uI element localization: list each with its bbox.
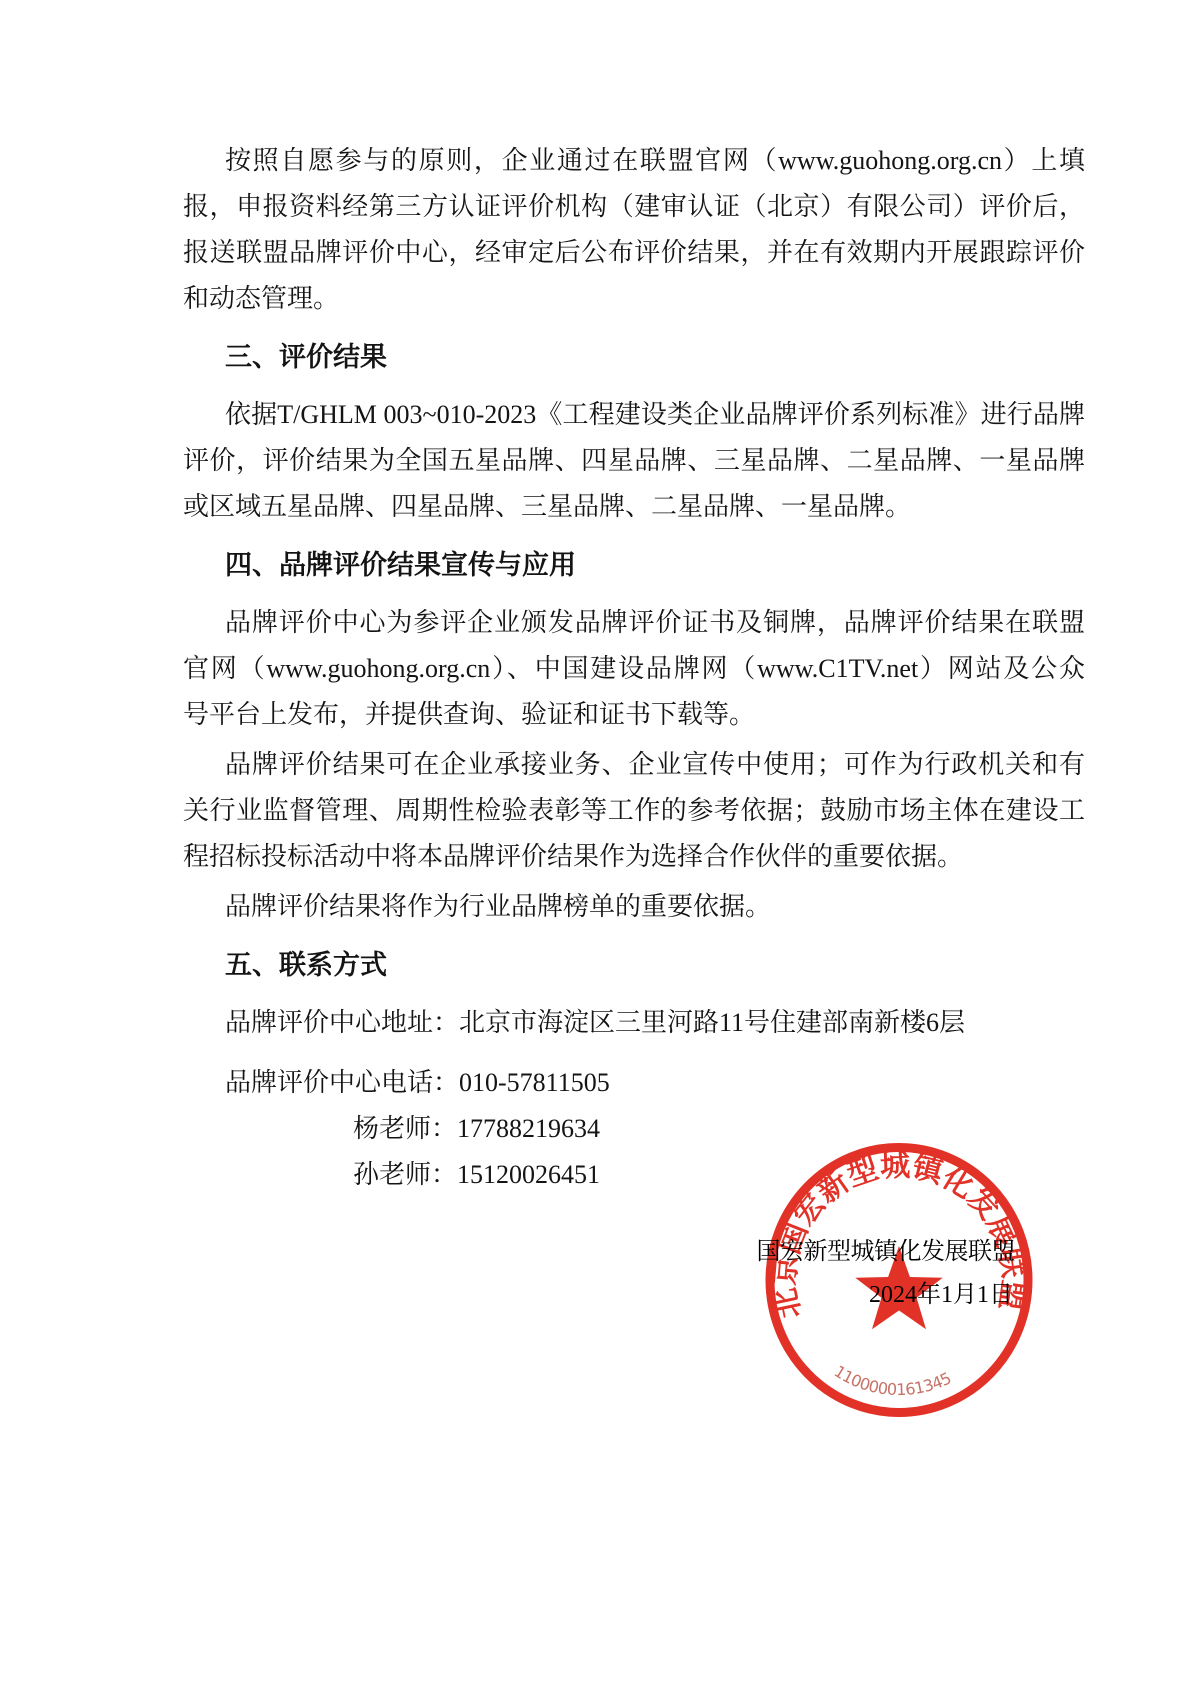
text-line: 关行业监督管理、周期性检验表彰等工作的参考依据；鼓励市场主体在建设工 xyxy=(183,788,1085,834)
text-line: 品牌评价结果将作为行业品牌榜单的重要依据。 xyxy=(183,884,1085,930)
section-heading-promotion-application: 四、品牌评价结果宣传与应用 xyxy=(183,542,1085,588)
usage-paragraph: 品牌评价结果可在企业承接业务、企业宣传中使用；可作为行政机关和有 关行业监督管理… xyxy=(183,742,1085,880)
signature-date: 2024年1月1日 xyxy=(869,1280,1013,1310)
text-line: 或区域五星品牌、四星品牌、三星品牌、二星品牌、一星品牌。 xyxy=(183,484,1085,530)
contact-address-line: 品牌评价中心地址：北京市海淀区三里河路11号住建部南新楼6层 xyxy=(183,1000,1085,1046)
section-heading-contact: 五、联系方式 xyxy=(183,942,1085,988)
text-line: 品牌评价结果可在企业承接业务、企业宣传中使用；可作为行政机关和有 xyxy=(183,742,1085,788)
signature-organization: 国宏新型城镇化发展联盟 xyxy=(757,1237,1016,1267)
text-line: 报，申报资料经第三方认证评价机构（建审认证（北京）有限公司）评价后， xyxy=(183,184,1085,230)
text-line: 品牌评价中心为参评企业颁发品牌评价证书及铜牌，品牌评价结果在联盟 xyxy=(183,600,1085,646)
text-line: 按照自愿参与的原则，企业通过在联盟官网（www.guohong.org.cn）上… xyxy=(183,138,1085,184)
text-line: 号平台上发布，并提供查询、验证和证书下载等。 xyxy=(183,692,1085,738)
text-line: 程招标投标活动中将本品牌评价结果作为选择合作伙伴的重要依据。 xyxy=(183,834,1085,880)
evaluation-results-paragraph: 依据T/GHLM 003~010-2023《工程建设类企业品牌评价系列标准》进行… xyxy=(183,392,1085,530)
text-line: 官网（www.guohong.org.cn）、中国建设品牌网（www.C1TV.… xyxy=(183,646,1085,692)
certificate-paragraph: 品牌评价中心为参评企业颁发品牌评价证书及铜牌，品牌评价结果在联盟 官网（www.… xyxy=(183,600,1085,738)
document-page: 按照自愿参与的原则，企业通过在联盟官网（www.guohong.org.cn）上… xyxy=(0,0,1202,1699)
text-line: 报送联盟品牌评价中心，经审定后公布评价结果，并在有效期内开展跟踪评价 xyxy=(183,230,1085,276)
section-heading-evaluation-results: 三、评价结果 xyxy=(183,334,1085,380)
ranking-paragraph: 品牌评价结果将作为行业品牌榜单的重要依据。 xyxy=(183,884,1085,930)
contact-phone-line: 品牌评价中心电话：010-57811505 xyxy=(183,1060,1085,1106)
seal-serial-number: 1100000161345 xyxy=(831,1362,957,1400)
text-line: 依据T/GHLM 003~010-2023《工程建设类企业品牌评价系列标准》进行… xyxy=(183,392,1085,438)
intro-paragraph: 按照自愿参与的原则，企业通过在联盟官网（www.guohong.org.cn）上… xyxy=(183,138,1085,322)
document-body: 按照自愿参与的原则，企业通过在联盟官网（www.guohong.org.cn）上… xyxy=(183,0,1085,1202)
text-line: 和动态管理。 xyxy=(183,276,1085,322)
text-line: 评价，评价结果为全国五星品牌、四星品牌、三星品牌、二星品牌、一星品牌 xyxy=(183,438,1085,484)
